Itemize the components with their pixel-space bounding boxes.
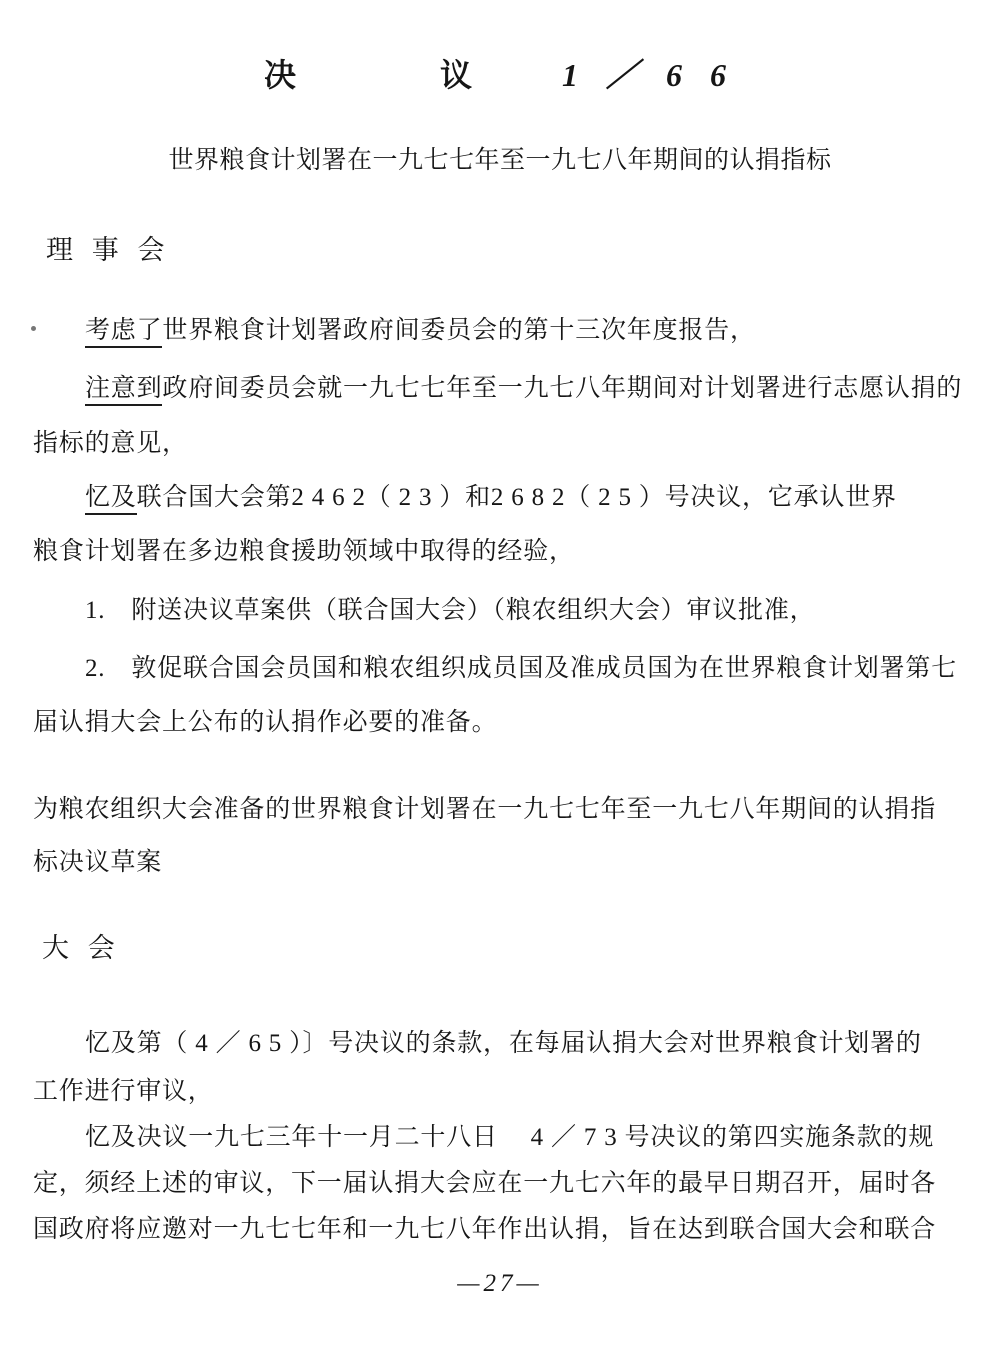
resolution-subtitle: 世界粮食计划署在一九七七年至一九七八年期间的认捐指标	[0, 140, 1000, 176]
line-text: 粮食计划署在多边粮食援助领域中取得的经验，	[33, 538, 575, 565]
line-text: 届认捐大会上公布的认捐作必要的准备。	[33, 709, 497, 736]
paragraph-line: 忆及第（ 4 ／ 6 5 ）〕号决议的条款，在每届认捐大会对世界粮食计划署的	[85, 1023, 922, 1059]
line-text: 定，须经上述的审议，下一届认捐大会应在一九七六年的最早日期召开，届时各	[33, 1170, 936, 1197]
paragraph-line: 工作进行审议，	[33, 1071, 214, 1107]
council-heading: 理 事 会	[46, 228, 171, 267]
paragraph-line: 考虑了世界粮食计划署政府间委员会的第十三次年度报告，	[85, 310, 756, 346]
line-text: 忆及决议一九七三年十一月二十八日 4 ／ 7 3 号决议的第四实施条款的规	[85, 1124, 934, 1151]
line-text: 政府间委员会就一九七七年至一九七八年期间对计划署进行志愿认捐的	[162, 375, 962, 402]
paragraph-line: 标决议草案	[33, 842, 162, 878]
assembly-heading: 大 会	[42, 926, 121, 965]
paragraph-line: 粮食计划署在多边粮食援助领域中取得的经验，	[33, 531, 575, 567]
item-number: 1.	[85, 597, 105, 625]
line-text: 为粮农组织大会准备的世界粮食计划署在一九七七年至一九七八年期间的认捐指	[33, 796, 936, 823]
resolution-title-label: 决 议	[264, 57, 528, 93]
paragraph-line: 忆及决议一九七三年十一月二十八日 4 ／ 7 3 号决议的第四实施条款的规	[85, 1117, 934, 1153]
line-text: 标决议草案	[33, 849, 162, 876]
numbered-item-line: 2.敦促联合国会员国和粮农组织成员国及准成员国为在世界粮食计划署第七	[85, 648, 957, 684]
resolution-title: 决 议1 ／ 6 6	[0, 50, 1000, 96]
paragraph-line: 指标的意见，	[33, 423, 188, 459]
line-text: 工作进行审议，	[33, 1078, 214, 1105]
paragraph-line: 忆及联合国大会第2 4 6 2（ 2 3 ）和2 6 8 2（ 2 5 ）号决议…	[85, 477, 897, 513]
line-text: 忆及第（ 4 ／ 6 5 ）〕号决议的条款，在每届认捐大会对世界粮食计划署的	[85, 1030, 922, 1057]
paragraph-line: 届认捐大会上公布的认捐作必要的准备。	[33, 702, 497, 738]
paragraph-line: 定，须经上述的审议，下一届认捐大会应在一九七六年的最早日期召开，届时各	[33, 1163, 936, 1199]
page-number: —27—	[0, 1270, 1000, 1298]
underlined-lead: 注意到	[85, 375, 162, 406]
line-text: 国政府将应邀对一九七七年和一九七八年作出认捐，旨在达到联合国大会和联合	[33, 1216, 936, 1243]
line-text: 联合国大会第2 4 6 2（ 2 3 ）和2 6 8 2（ 2 5 ）号决议，它…	[137, 484, 897, 511]
line-text: 附送决议草案供（联合国大会）（粮农组织大会）审议批准，	[131, 597, 815, 624]
resolution-title-number: 1 ／ 6 6	[562, 57, 736, 93]
paragraph-line: 国政府将应邀对一九七七年和一九七八年作出认捐，旨在达到联合国大会和联合	[33, 1209, 936, 1245]
scan-speck	[31, 326, 36, 331]
underlined-lead: 考虑了	[85, 317, 162, 348]
line-text: 敦促联合国会员国和粮农组织成员国及准成员国为在世界粮食计划署第七	[131, 655, 957, 682]
underlined-lead: 忆及	[85, 484, 137, 515]
document-page: 决 议1 ／ 6 6 世界粮食计划署在一九七七年至一九七八年期间的认捐指标 理 …	[0, 0, 1000, 1366]
item-number: 2.	[85, 655, 105, 683]
line-text: 世界粮食计划署政府间委员会的第十三次年度报告，	[162, 317, 755, 344]
line-text: 指标的意见，	[33, 430, 188, 457]
paragraph-line: 注意到政府间委员会就一九七七年至一九七八年期间对计划署进行志愿认捐的	[85, 368, 962, 404]
paragraph-line: 为粮农组织大会准备的世界粮食计划署在一九七七年至一九七八年期间的认捐指	[33, 789, 936, 825]
numbered-item-line: 1.附送决议草案供（联合国大会）（粮农组织大会）审议批准，	[85, 590, 815, 626]
